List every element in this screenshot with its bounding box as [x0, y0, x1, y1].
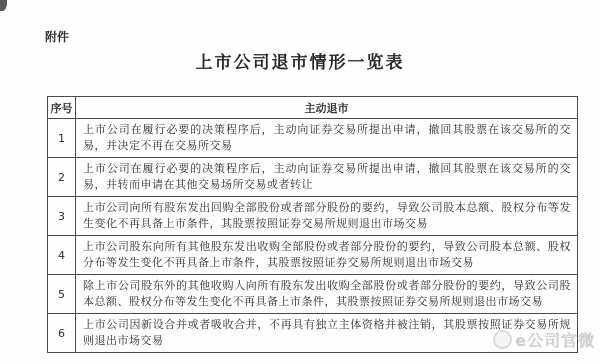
header-serial-number: 序号: [48, 97, 76, 119]
table-row: 4 上市公司股东向所有其他股东发出收购全部股份或者部分股份的要约，导致公司股本总…: [48, 236, 578, 275]
row-text: 上市公司向所有股东发出回购全部股份或者部分股份的要约，导致公司股本总额、股权分布…: [76, 197, 578, 236]
watermark: e公司官微: [493, 328, 595, 351]
page-title: 上市公司退市情形一览表: [0, 48, 600, 73]
watermark-text: e公司官微: [515, 328, 595, 351]
table-row: 3 上市公司向所有股东发出回购全部股份或者部分股份的要约，导致公司股本总额、股权…: [48, 197, 578, 236]
header-voluntary-delisting: 主动退市: [76, 97, 578, 119]
scan-artifact: [0, 0, 7, 11]
row-number: 1: [48, 119, 76, 158]
row-number: 2: [48, 158, 76, 197]
document-page: 附件 上市公司退市情形一览表 序号 主动退市 1 上市公司在履行必要的决策程序后…: [0, 0, 600, 364]
row-number: 5: [48, 275, 76, 314]
official-account-logo-icon: [493, 330, 512, 349]
attachment-label: 附件: [45, 28, 69, 45]
row-text: 上市公司在履行必要的决策程序后，主动向证券交易所提出申请，撤回其股票在该交易所的…: [76, 158, 578, 197]
row-number: 4: [48, 236, 76, 275]
row-number: 3: [48, 197, 76, 236]
table-row: 1 上市公司在履行必要的决策程序后，主动向证券交易所提出申请，撤回其股票在该交易…: [48, 119, 578, 158]
table-row: 2 上市公司在履行必要的决策程序后，主动向证券交易所提出申请，撤回其股票在该交易…: [48, 158, 578, 197]
row-text: 除上市公司股东外的其他收购人向所有股东发出收购全部股份或者部分股份的要约，导致公…: [76, 275, 578, 314]
delisting-table: 序号 主动退市 1 上市公司在履行必要的决策程序后，主动向证券交易所提出申请，撤…: [47, 96, 578, 353]
row-text: 上市公司在履行必要的决策程序后，主动向证券交易所提出申请，撤回其股票在该交易所的…: [76, 119, 578, 158]
row-number: 6: [48, 314, 76, 353]
table-row: 5 除上市公司股东外的其他收购人向所有股东发出收购全部股份或者部分股份的要约，导…: [48, 275, 578, 314]
table-header-row: 序号 主动退市: [48, 97, 578, 119]
row-text: 上市公司股东向所有其他股东发出收购全部股份或者部分股份的要约，导致公司股本总额、…: [76, 236, 578, 275]
